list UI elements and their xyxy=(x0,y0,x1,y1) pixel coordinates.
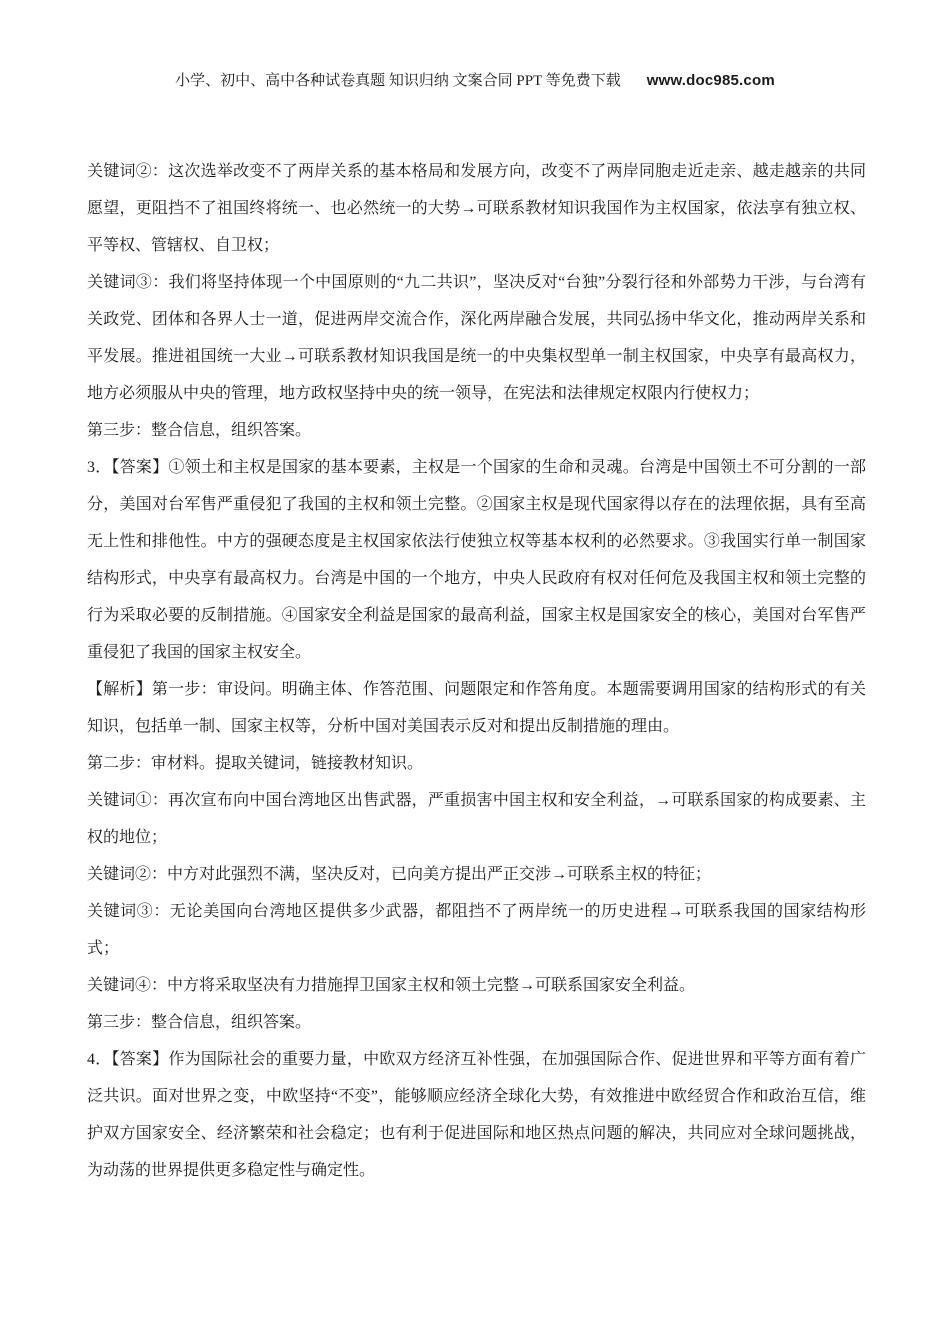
site-url-link[interactable]: www.doc985.com xyxy=(647,72,775,89)
document-body: 关键词②：这次选举改变不了两岸关系的基本格局和发展方向，改变不了两岸同胞走近走亲… xyxy=(87,153,866,1189)
paragraph-keyword2-q2: 关键词②：这次选举改变不了两岸关系的基本格局和发展方向，改变不了两岸同胞走近走亲… xyxy=(87,153,866,264)
paragraph-keyword3-q3: 关键词③：无论美国向台湾地区提供多少武器，都阻挡不了两岸统一的历史进程→可联系我… xyxy=(87,893,866,967)
paragraph-answer-q4: 4．【答案】作为国际社会的重要力量，中欧双方经济互补性强，在加强国际合作、促进世… xyxy=(87,1041,866,1189)
paragraph-step3-q2: 第三步：整合信息，组织答案。 xyxy=(87,412,866,449)
paragraph-answer-q3: 3．【答案】①领土和主权是国家的基本要素，主权是一个国家的生命和灵魂。台湾是中国… xyxy=(87,449,866,671)
paragraph-keyword3-q2: 关键词③：我们将坚持体现一个中国原则的“九二共识”，坚决反对“台独”分裂行径和外… xyxy=(87,264,866,412)
document-page: 小学、初中、高中各种试卷真题 知识归纳 文案合同 PPT 等免费下载www.do… xyxy=(0,0,950,1344)
paragraph-step2-q3: 第二步：审材料。提取关键词，链接教材知识。 xyxy=(87,745,866,782)
paragraph-step3-q3: 第三步：整合信息，组织答案。 xyxy=(87,1004,866,1041)
header-promo-text: 小学、初中、高中各种试卷真题 知识归纳 文案合同 PPT 等免费下载 xyxy=(175,73,621,89)
paragraph-keyword4-q3: 关键词④：中方将采取坚决有力措施捍卫国家主权和领土完整→可联系国家安全利益。 xyxy=(87,967,866,1004)
page-header: 小学、初中、高中各种试卷真题 知识归纳 文案合同 PPT 等免费下载www.do… xyxy=(0,0,950,92)
paragraph-keyword2-q3: 关键词②：中方对此强烈不满，坚决反对，已向美方提出严正交涉→可联系主权的特征； xyxy=(87,856,866,893)
paragraph-analysis-step1-q3: 【解析】第一步：审设问。明确主体、作答范围、问题限定和作答角度。本题需要调用国家… xyxy=(87,671,866,745)
paragraph-keyword1-q3: 关键词①：再次宣布向中国台湾地区出售武器，严重损害中国主权和安全利益，→可联系国… xyxy=(87,782,866,856)
